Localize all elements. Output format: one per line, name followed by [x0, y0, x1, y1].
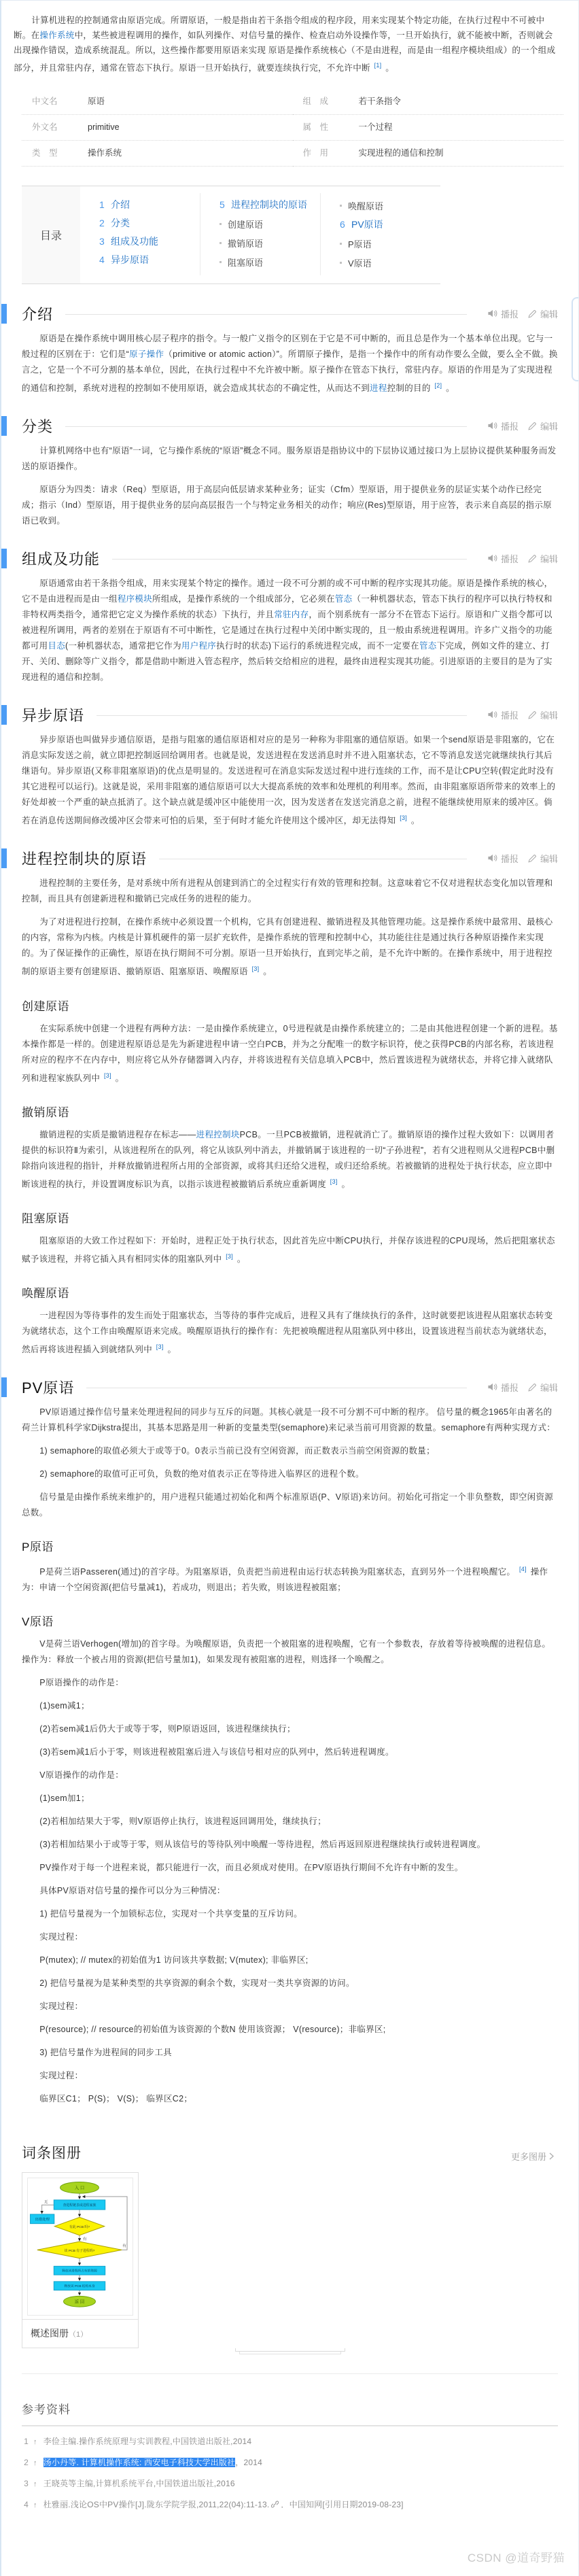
subsection-title: 阻塞原语	[22, 1209, 558, 1226]
section-heading-row: 分类播报编辑	[1, 415, 558, 436]
infobox-row: 类 型操作系统作 用实现进程的通信和控制	[22, 141, 563, 167]
section: 分类播报编辑计算机网络中也有“原语”一词，它与操作系统的“原语”概念不同。服务原…	[22, 415, 558, 529]
paragraph: 临界区C1； P(S)； V(S)； 临界区C2；	[22, 2091, 558, 2107]
section: 异步原语播报编辑异步原语也叫做异步通信原语，是指与阻塞的通信原语相对应的是另一种…	[22, 704, 558, 829]
paragraph: 实现过程：	[22, 2068, 558, 2084]
infobox-value: 操作系统	[88, 148, 122, 159]
section-heading-row: 介绍播报编辑	[1, 303, 558, 324]
speaker-icon	[487, 1382, 497, 1392]
flow-decision2-label: 该 PCB 有子进程吗?	[65, 2248, 95, 2253]
infobox-label: 作 用	[303, 148, 359, 159]
toc-subitem-label: 唤醒原语	[348, 199, 383, 212]
bullet-icon	[220, 223, 222, 225]
infobox-label: 组 成	[303, 96, 359, 107]
edit-label: 编辑	[540, 307, 558, 320]
reference-number: 2	[22, 2457, 29, 2468]
reference-text: 李俭主编.操作系统原理与实训教程,中国铁道出版社,2014	[43, 2436, 252, 2447]
section-accent-bar	[1, 304, 7, 324]
infobox-row: 外文名primitive属 性一个过程	[22, 115, 563, 141]
toc-item-number: 6	[340, 218, 345, 231]
inline-link[interactable]: 用户程序	[181, 641, 216, 651]
infobox-value: 一个过程	[359, 122, 393, 133]
citation-ref[interactable]: [1]	[374, 62, 382, 69]
speaker-icon	[487, 553, 497, 563]
album-caption-text: 概述图册	[31, 2328, 69, 2339]
paragraph: P(resource); // resource的初始值为该资源的个数N 使用该…	[22, 2022, 558, 2038]
paragraph: 计算机进程的控制通常由原语完成。所谓原语，一般是指由若干条指令组成的程序段，用来…	[14, 13, 561, 75]
section-accent-bar	[1, 705, 7, 725]
paragraph: 信号量是由操作系统来维护的，用户进程只能通过初始化和两个标准原语(P、V原语)来…	[22, 1490, 558, 1521]
paragraph: 一进程因为等待事件的发生而处于阻塞状态，当等待的事件完成后，进程又具有了继续执行…	[22, 1308, 558, 1358]
references-list: 1↑李俭主编.操作系统原理与实训教程,中国铁道出版社,20142↑汤小丹等. 计…	[22, 2436, 558, 2511]
citation-ref[interactable]: [4]	[519, 1566, 527, 1573]
reference-item: 3↑王晓英等主编,计算机系统平台,中国铁道出版社,2016	[22, 2478, 558, 2490]
inline-link[interactable]: 管态	[335, 594, 353, 604]
paragraph: 2) semaphore的取值可正可负，负数的绝对值表示正在等待进入临界区的进程…	[22, 1466, 558, 1482]
inline-link[interactable]: 常驻内存	[274, 610, 309, 619]
ref-up-link[interactable]: ↑	[33, 2479, 37, 2490]
play-audio-button[interactable]: 播报	[487, 419, 519, 432]
play-audio-label: 播报	[501, 307, 519, 320]
edit-button[interactable]: 编辑	[528, 1381, 558, 1394]
edit-label: 编辑	[540, 708, 558, 721]
paragraph: 异步原语也叫做异步通信原语，是指与阻塞的通信原语相对应的是另一种称为非阻塞的通信…	[22, 732, 558, 829]
flow-step3-label: 释放该 PCB 结构本身	[64, 2284, 94, 2289]
paragraph: (1)sem加1；	[22, 1791, 558, 1806]
flow-exit-label: 返 回	[75, 2299, 84, 2305]
inline-link[interactable]: 目态	[48, 641, 65, 651]
toc-subitem[interactable]: 唤醒原语	[340, 199, 440, 212]
play-audio-button[interactable]: 播报	[487, 1381, 519, 1394]
chevron-right-icon	[549, 2152, 554, 2160]
album-image-wrap: 入 口 查进程链表或进程家族 无 出错处理 有此 PCB 吗? 有 该 PCB …	[22, 2173, 138, 2319]
toc-subitem-label: V原语	[348, 256, 372, 269]
heading-divider-line	[86, 1388, 467, 1388]
section: 进程控制块的原语播报编辑进程控制的主要任务，是对系统中所有进程从创建到消亡的全过…	[22, 848, 558, 1358]
reference-item: 2↑汤小丹等. 计算机操作系统: 西安电子科技大学出版社，2014	[22, 2457, 558, 2469]
toc-subitem-label: 阻塞原语	[228, 256, 263, 269]
ref-up-link[interactable]: ↑	[33, 2458, 37, 2469]
play-audio-label: 播报	[501, 419, 519, 432]
pencil-icon	[528, 854, 537, 863]
inline-link[interactable]: 进程控制块	[196, 1130, 240, 1139]
toc-item[interactable]: 5进程控制块的原语	[220, 199, 320, 211]
inline-link[interactable]: 进程	[370, 383, 387, 393]
bullet-icon	[340, 243, 342, 245]
right-edge-panel-fragment	[572, 297, 579, 381]
album-header: 词条图册 更多图册	[22, 2142, 558, 2163]
subsection-title: 创建原语	[22, 997, 558, 1014]
toc-subitem[interactable]: 撤销原语	[220, 237, 320, 250]
flow-yes2-label: 有	[122, 2243, 126, 2248]
flow-entry-label: 入 口	[75, 2185, 84, 2191]
infobox-cell: 外文名primitive	[22, 115, 293, 141]
basic-infobox: 中文名原语组 成若干条指令外文名primitive属 性一个过程类 型操作系统作…	[22, 89, 563, 167]
toc-subitem[interactable]: P原语	[340, 237, 440, 250]
inline-link[interactable]: 程序模块	[118, 594, 152, 604]
heading-divider-line	[65, 314, 467, 315]
section-title: 分类	[22, 415, 53, 436]
edit-button[interactable]: 编辑	[528, 852, 558, 865]
toc-item[interactable]: 4异步原语	[99, 254, 200, 267]
toc-item-number: 1	[99, 199, 105, 211]
pencil-icon	[528, 422, 537, 430]
speaker-icon	[487, 710, 497, 719]
selected-text: 汤小丹等. 计算机操作系统: 西安电子科技大学出版社	[43, 2458, 236, 2467]
album-caption-count: （1）	[69, 2331, 88, 2339]
references-underline	[22, 2425, 558, 2426]
citation-ref[interactable]: [3]	[400, 814, 407, 821]
infobox-label: 外文名	[32, 122, 88, 133]
subsection-title: 撤销原语	[22, 1103, 558, 1120]
subsection-title: 唤醒原语	[22, 1284, 558, 1301]
bullet-icon	[220, 261, 222, 263]
toc-item-label: 介绍	[111, 199, 130, 211]
toc-column: 唤醒原语6PV原语P原语V原语	[320, 193, 440, 275]
paragraph: (3)若sem减1后小于零，则该进程被阻塞后进入与该信号相对应的队列中，然后转进…	[22, 1745, 558, 1760]
play-audio-label: 播报	[501, 852, 519, 865]
album-caption[interactable]: 概述图册（1）	[22, 2319, 138, 2348]
citation-ref[interactable]: [3]	[252, 965, 260, 972]
edit-label: 编辑	[540, 552, 558, 565]
more-albums-label: 更多图册	[511, 2150, 546, 2163]
toc-subitem-label: 撤销原语	[228, 237, 263, 250]
flow-decision1-label: 有此 PCB 吗?	[69, 2225, 90, 2229]
toc-item-number: 3	[99, 235, 105, 248]
article-page: 计算机进程的控制通常由原语完成。所谓原语，一般是指由若干条指令组成的程序段，用来…	[1, 1, 578, 2511]
infobox-value: 若干条指令	[359, 96, 402, 107]
paragraph: V原语操作的动作是：	[22, 1768, 558, 1783]
paragraph: P原语操作的动作是：	[22, 1675, 558, 1691]
infobox-value: primitive	[88, 122, 120, 133]
paragraph: 进程控制的主要任务，是对系统中所有进程从创建到消亡的全过程实行有效的管理和控制。…	[22, 876, 558, 907]
play-audio-label: 播报	[501, 708, 519, 721]
section-accent-bar	[1, 848, 7, 868]
section: 介绍播报编辑原语是在操作系统中调用核心层子程序的指令。与一般广义指令的区别在于它…	[22, 303, 558, 396]
paragraph: 阻塞原语的大致工作过程如下：开始时，进程正处于执行状态，因此首先应中断CPU执行…	[22, 1233, 558, 1267]
section: 组成及功能播报编辑原语通常由若干条指令组成，用来实现某个特定的操作。通过一段不可…	[22, 548, 558, 685]
heading-divider-line	[112, 559, 467, 560]
album-card[interactable]: 入 口 查进程链表或进程家族 无 出错处理 有此 PCB 吗? 有 该 PCB …	[22, 2172, 139, 2348]
more-albums-link[interactable]: 更多图册	[511, 2150, 558, 2163]
attachment-link-icon[interactable]	[271, 2501, 279, 2510]
play-audio-button[interactable]: 播报	[487, 708, 519, 721]
citation-ref[interactable]: [3]	[330, 1178, 338, 1185]
pencil-icon	[528, 710, 537, 719]
edit-label: 编辑	[540, 852, 558, 865]
paragraph: 3) 把信号量作为进程间的同步工具	[22, 2045, 558, 2061]
section-heading-row: 组成及功能播报编辑	[1, 548, 558, 568]
pencil-icon	[528, 1383, 537, 1392]
flowchart-image: 入 口 查进程链表或进程家族 无 出错处理 有此 PCB 吗? 有 该 PCB …	[29, 2180, 130, 2309]
paragraph: 原语是在操作系统中调用核心层子程序的指令。与一般广义指令的区别在于它是不可中断的…	[22, 331, 558, 396]
toc-columns: 1介绍2分类3组成及功能4异步原语5进程控制块的原语创建原语撤销原语阻塞原语唤醒…	[80, 186, 440, 284]
paragraph: 撤销进程的实质是撤销进程存在标志——进程控制块PCB。一旦PCB被撤销，进程就消…	[22, 1127, 558, 1192]
paragraph: 1) 把信号量视为一个加锁标志位，实现对一个共享变量的互斥访问。	[22, 1906, 558, 1922]
article-sections: 介绍播报编辑原语是在操作系统中调用核心层子程序的指令。与一般广义指令的区别在于它…	[22, 303, 558, 2107]
reference-text: 杜雅丽.浅论OS中PV操作[J].陇东学院学报,2011,22(04):11-1…	[43, 2499, 404, 2510]
infobox-cell: 中文名原语	[22, 89, 293, 115]
play-audio-label: 播报	[501, 552, 519, 565]
reference-number: 3	[22, 2478, 29, 2489]
paragraph: (2)若sem减1后仍大于或等于零，则P原语返回，该进程继续执行；	[22, 1721, 558, 1737]
infobox-value: 实现进程的通信和控制	[359, 148, 444, 159]
bullet-icon	[340, 205, 342, 207]
section-accent-bar	[1, 549, 7, 568]
flow-step1-label: 查进程链表或进程家族	[63, 2203, 96, 2208]
flow-step2-label: 释放该进程所占有的资源	[62, 2269, 97, 2273]
section-title: PV原语	[22, 1377, 74, 1398]
table-of-contents: 目录 1介绍2分类3组成及功能4异步原语5进程控制块的原语创建原语撤销原语阻塞原…	[22, 186, 440, 284]
toc-subitem[interactable]: V原语	[340, 256, 440, 269]
reference-number: 1	[22, 2436, 29, 2447]
infobox-label: 中文名	[32, 96, 88, 107]
toc-item-number: 5	[220, 199, 225, 211]
reference-item: 1↑李俭主编.操作系统原理与实训教程,中国铁道出版社,2014	[22, 2436, 558, 2448]
speaker-icon	[487, 421, 497, 430]
inline-link[interactable]: 原子操作	[129, 349, 164, 359]
toc-column: 5进程控制块的原语创建原语撤销原语阻塞原语	[200, 193, 320, 275]
paragraph: 在实际系统中创建一个进程有两种方法：一是由操作系统建立，0号进程就是由操作系统建…	[22, 1021, 558, 1086]
edit-button[interactable]: 编辑	[528, 552, 558, 565]
citation-ref[interactable]: [3]	[104, 1072, 111, 1079]
paragraph: V是荷兰语Verhogen(增加)的首字母。为唤醒原语，负责把一个被阻塞的进程唤…	[22, 1636, 558, 1668]
paragraph: P(mutex); // mutex的初始值为1 访问该共享数据; V(mute…	[22, 1953, 558, 1968]
references-title: 参考资料	[22, 2400, 558, 2417]
citation-ref[interactable]: [3]	[226, 1253, 233, 1260]
toc-item[interactable]: 3组成及功能	[99, 235, 200, 248]
paragraph: PV操作对于每一个进程来说，都只能进行一次，而且必须成对使用。在PV原语执行期间…	[22, 1860, 558, 1876]
csdn-watermark: CSDN @道奇野猫	[468, 2548, 565, 2565]
bullet-icon	[220, 242, 222, 244]
paragraph: (1)sem减1；	[22, 1698, 558, 1714]
pencil-icon	[528, 309, 537, 318]
section-heading-row: 进程控制块的原语播报编辑	[1, 848, 558, 868]
paragraph: 实现过程：	[22, 1999, 558, 2014]
album-title: 词条图册	[22, 2142, 82, 2163]
infobox-value: 原语	[88, 96, 105, 107]
infobox-cell: 组 成若干条指令	[293, 89, 564, 115]
toc-item[interactable]: 2分类	[99, 217, 200, 230]
citation-ref[interactable]: [2]	[434, 382, 442, 389]
toc-item-label: PV原语	[351, 218, 383, 231]
edit-button[interactable]: 编辑	[528, 708, 558, 721]
play-audio-button[interactable]: 播报	[487, 552, 519, 565]
ref-up-link[interactable]: ↑	[33, 2500, 37, 2511]
section-title: 异步原语	[22, 704, 84, 725]
edit-button[interactable]: 编辑	[528, 307, 558, 320]
speaker-icon	[487, 853, 497, 863]
toc-item[interactable]: 1介绍	[99, 199, 200, 211]
toc-item[interactable]: 6PV原语	[340, 218, 440, 231]
section-divider-line	[22, 2373, 558, 2374]
paragraph: (2)若相加结果大于零，则V原语停止执行，该进程返回调用处，继续执行；	[22, 1814, 558, 1830]
toc-item-number: 2	[99, 217, 105, 230]
paragraph: 为了对进程进行控制，在操作系统中必须设置一个机构，它具有创建进程、撤销进程及其他…	[22, 914, 558, 980]
toc-column: 1介绍2分类3组成及功能4异步原语	[80, 193, 200, 275]
infobox-label: 类 型	[32, 148, 88, 159]
section-accent-bar	[1, 1377, 7, 1397]
edit-label: 编辑	[540, 1381, 558, 1394]
reference-number: 4	[22, 2499, 29, 2510]
flow-yes1-label: 有	[83, 2237, 87, 2242]
subsection-title: P原语	[22, 1537, 558, 1554]
toc-item-label: 异步原语	[111, 254, 149, 267]
paragraph: 具体PV原语对信号量的操作可以分为三种情况：	[22, 1883, 558, 1899]
paragraph: 2) 把信号量视为是某种类型的共享资源的剩余个数，实现对一类共享资源的访问。	[22, 1976, 558, 1991]
section-accent-bar	[1, 416, 7, 436]
paragraph: PV原语通过操作信号量来处理进程间的同步与互斥的问题。其核心就是一段不可分割不可…	[22, 1405, 558, 1436]
section-heading-row: PV原语播报编辑	[1, 1377, 558, 1397]
play-audio-label: 播报	[501, 1381, 519, 1394]
inline-link[interactable]: 操作系统	[39, 31, 74, 40]
toc-item-number: 4	[99, 254, 105, 267]
summary-block: 计算机进程的控制通常由原语完成。所谓原语，一般是指由若干条指令组成的程序段，用来…	[14, 13, 561, 75]
toc-item-label: 进程控制块的原语	[231, 199, 307, 211]
paragraph: 1) semaphore的取值必须大于或等于0。0表示当前已没有空闲资源，而正数…	[22, 1443, 558, 1459]
paragraph: 计算机网络中也有“原语”一词，它与操作系统的“原语”概念不同。服务原语是指协议中…	[22, 443, 558, 475]
section-heading-row: 异步原语播报编辑	[1, 704, 558, 725]
play-audio-button[interactable]: 播报	[487, 852, 519, 865]
play-audio-button[interactable]: 播报	[487, 307, 519, 320]
subsection-title: V原语	[22, 1612, 558, 1629]
infobox-cell: 属 性一个过程	[293, 115, 564, 141]
heading-divider-line	[159, 859, 467, 859]
inline-link[interactable]: 管态	[419, 641, 437, 651]
infobox-label: 属 性	[303, 122, 359, 133]
section-title: 介绍	[22, 303, 53, 324]
heading-divider-line	[65, 426, 467, 427]
infobox-cell: 作 用实现进程的通信和控制	[293, 141, 564, 167]
flow-error-label: 出错处理	[35, 2216, 50, 2222]
toc-title: 目录	[22, 186, 80, 284]
reference-item: 4↑杜雅丽.浅论OS中PV操作[J].陇东学院学报,2011,22(04):11…	[22, 2499, 558, 2511]
toc-subitem[interactable]: 阻塞原语	[220, 256, 320, 269]
heading-divider-line	[96, 715, 467, 716]
section: PV原语播报编辑PV原语通过操作信号量来处理进程间的同步与互斥的问题。其核心就是…	[22, 1377, 558, 2107]
bullet-icon	[340, 262, 342, 264]
infobox-cell: 类 型操作系统	[22, 141, 293, 167]
toc-item-label: 组成及功能	[111, 235, 158, 248]
paragraph: 原语分为四类：请求（Req）型原语，用于高层向低层请求某种业务；证实（Cfm）型…	[22, 482, 558, 529]
paragraph: (3)若相加结果小于或等于零，则从该信号的等待队列中唤醒一等待进程，然后再返回原…	[22, 1837, 558, 1853]
reference-text: 汤小丹等. 计算机操作系统: 西安电子科技大学出版社，2014	[43, 2457, 262, 2468]
paragraph: 实现过程：	[22, 1929, 558, 1945]
toc-subitem[interactable]: 创建原语	[220, 218, 320, 230]
paragraph: 原语通常由若干条指令组成，用来实现某个特定的操作。通过一段不可分割的或不可中断的…	[22, 576, 558, 685]
section-title: 进程控制块的原语	[22, 848, 147, 869]
ref-up-link[interactable]: ↑	[33, 2437, 37, 2448]
speaker-icon	[487, 309, 497, 318]
toc-subitem-label: P原语	[348, 237, 372, 250]
section-title: 组成及功能	[22, 548, 100, 569]
paragraph: P是荷兰语Passeren(通过)的首字母。为阻塞原语，负责把当前进程由运行状态…	[22, 1562, 558, 1596]
edit-label: 编辑	[540, 419, 558, 432]
toc-subitem-label: 创建原语	[228, 218, 263, 230]
album-stack-decoration	[239, 2352, 341, 2354]
edit-button[interactable]: 编辑	[528, 419, 558, 432]
citation-ref[interactable]: [3]	[156, 1343, 164, 1350]
toc-item-label: 分类	[111, 217, 130, 230]
flow-no-label: 无	[44, 2199, 48, 2205]
infobox-row: 中文名原语组 成若干条指令	[22, 89, 563, 115]
pencil-icon	[528, 554, 537, 563]
reference-text: 王晓英等主编,计算机系统平台,中国铁道出版社,2016	[43, 2478, 235, 2489]
